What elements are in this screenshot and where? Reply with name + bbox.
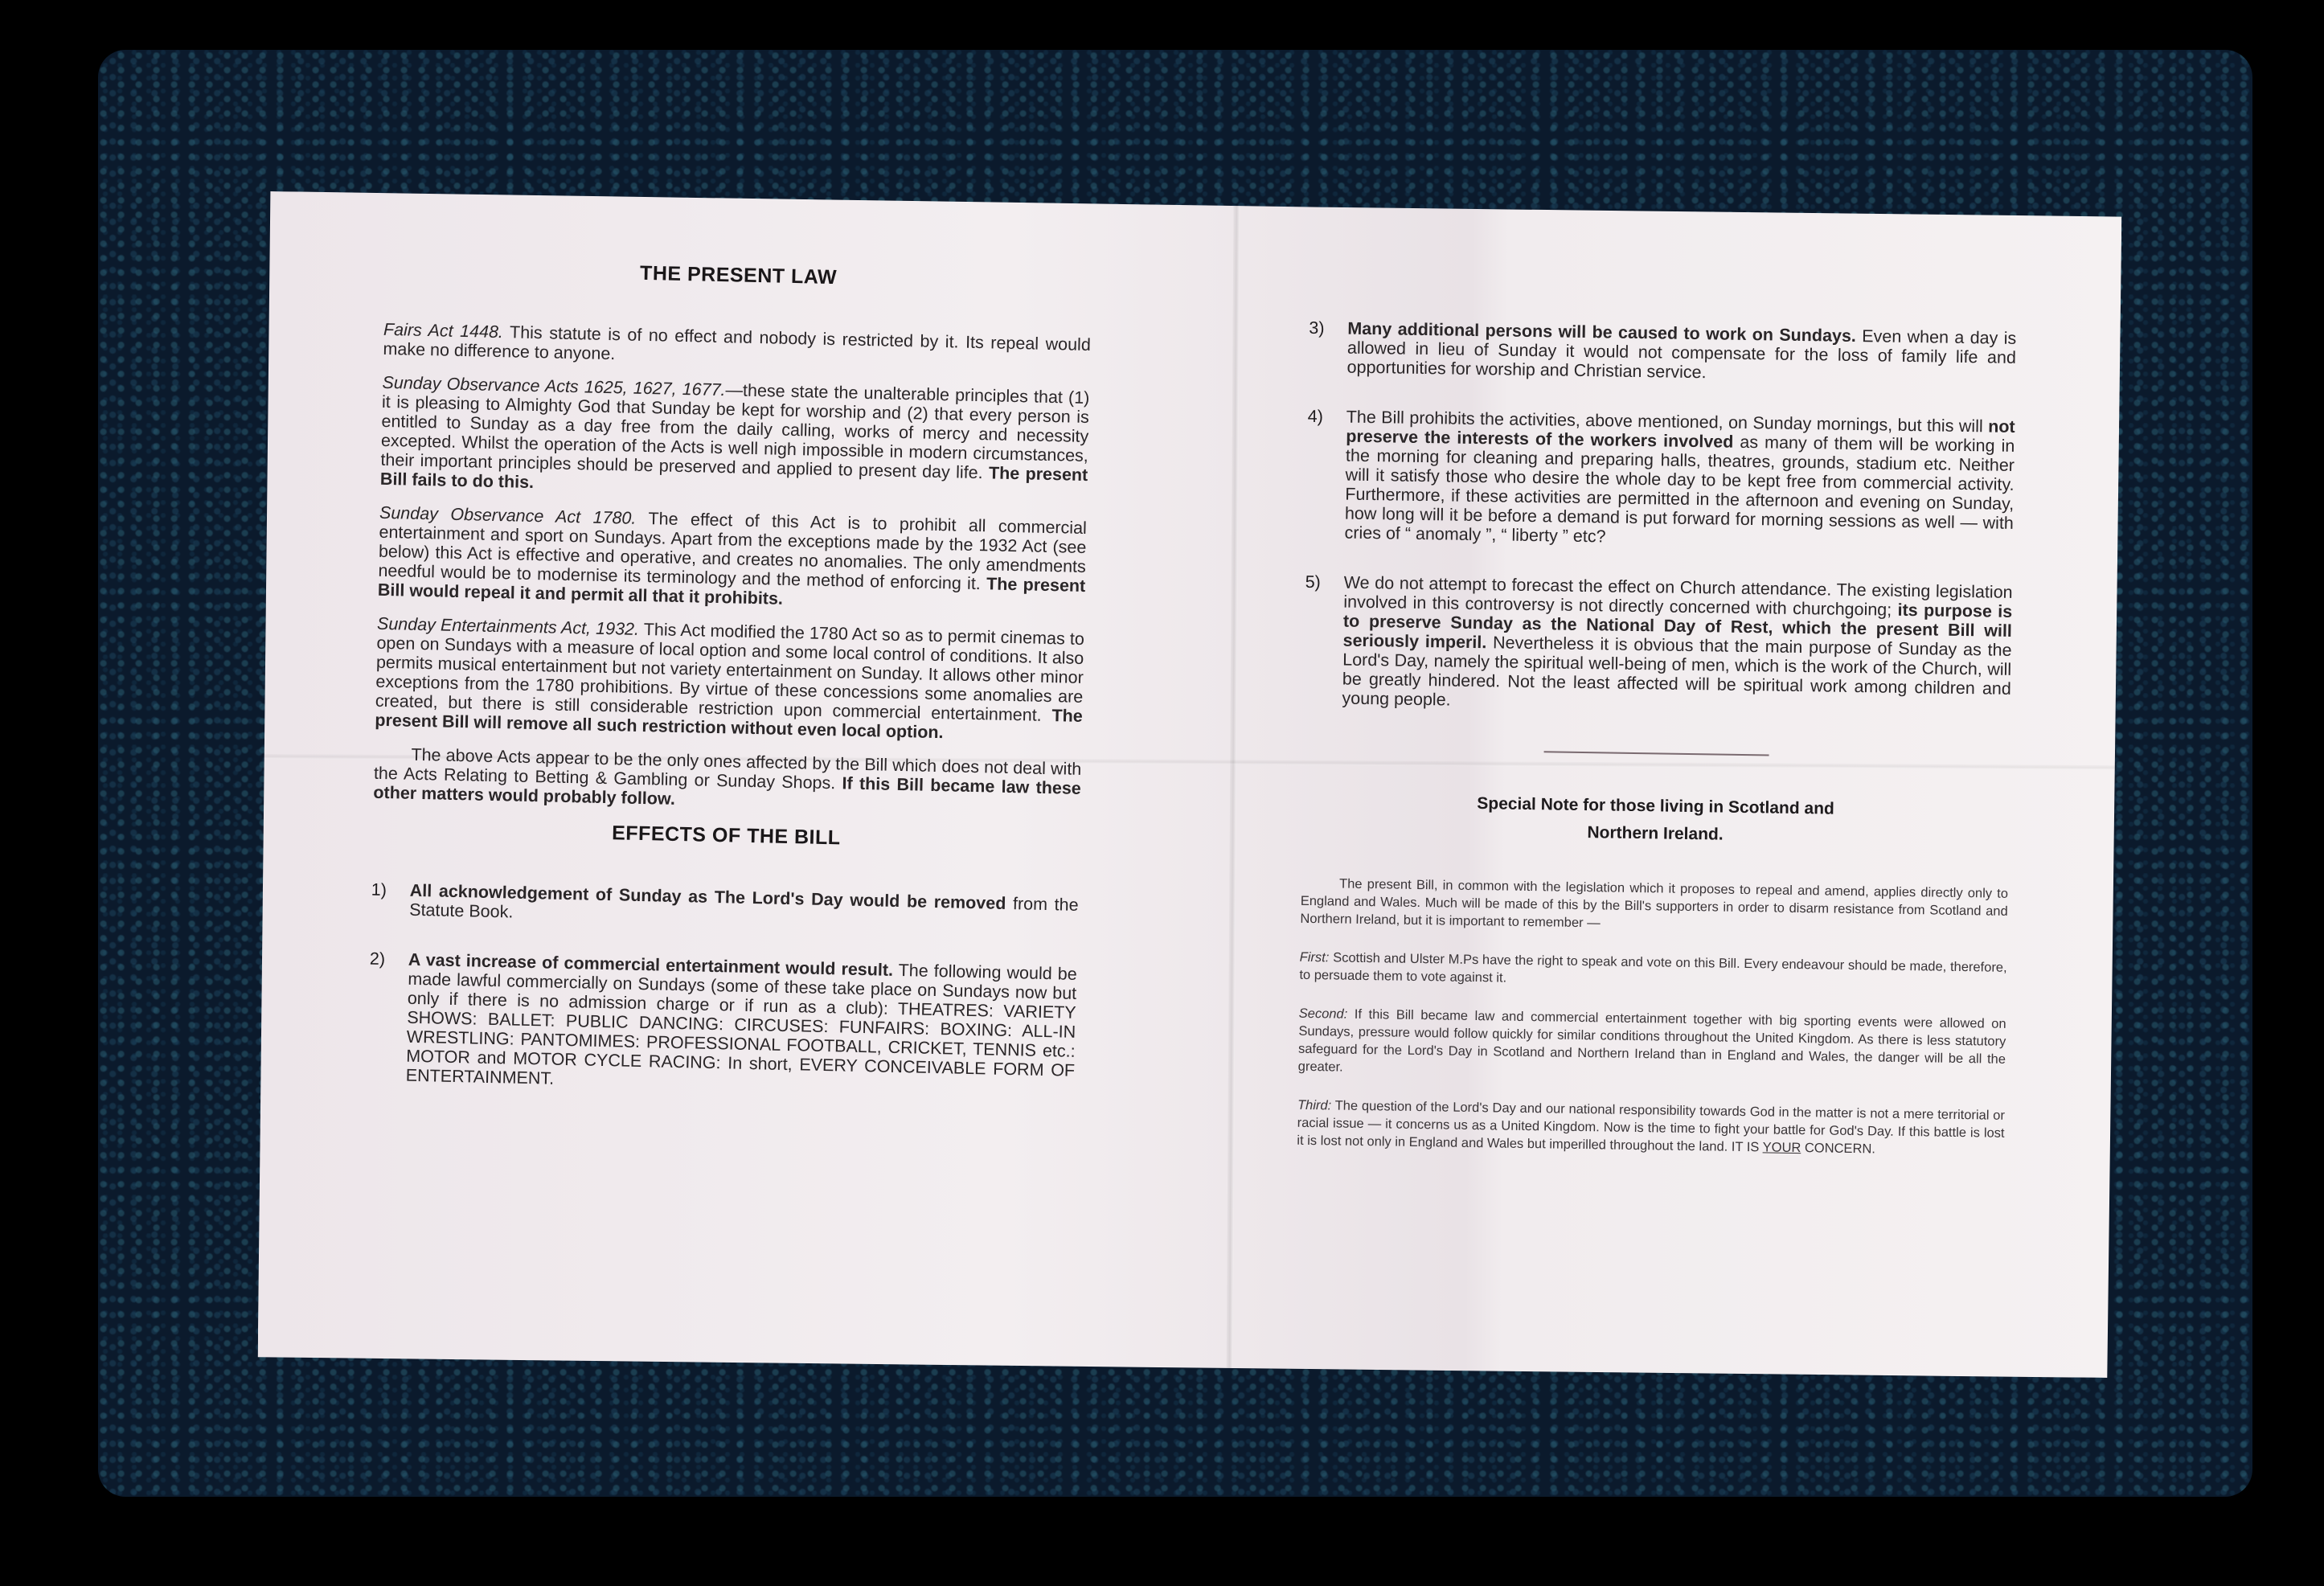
closing-paragraph: The above Acts appear to be the only one… — [373, 744, 1081, 818]
vertical-fold — [1227, 197, 1240, 1372]
entertainments-act-1932-paragraph: Sunday Entertainments Act, 1932. This Ac… — [375, 614, 1084, 745]
effect-item-5: 5) We do not attempt to forecast the eff… — [1303, 572, 2012, 718]
leaflet: THE PRESENT LAW Fairs Act 1448. This sta… — [258, 191, 2122, 1378]
special-note-third: Third: The question of the Lord's Day an… — [1297, 1096, 2005, 1160]
special-note-heading: Special Note for those living in Scotlan… — [1301, 788, 2010, 853]
section-divider — [1544, 751, 1769, 756]
left-page: THE PRESENT LAW Fairs Act 1448. This sta… — [367, 256, 1092, 1130]
observance-act-1780-paragraph: Sunday Observance Act 1780. The effect o… — [378, 503, 1087, 615]
observance-acts-1625-paragraph: Sunday Observance Acts 1625, 1627, 1677.… — [380, 373, 1090, 504]
special-note-body: The present Bill, in common with the leg… — [1297, 875, 2008, 1160]
special-note-intro: The present Bill, in common with the leg… — [1300, 875, 2008, 938]
effect-item-1: 1) All acknowledgement of Sunday as The … — [371, 880, 1079, 934]
effect-item-2: 2) A vast increase of commercial enterta… — [367, 949, 1077, 1100]
present-law-heading: THE PRESENT LAW — [384, 256, 1092, 295]
effect-item-4: 4) The Bill prohibits the activities, ab… — [1305, 407, 2015, 552]
fairs-act-paragraph: Fairs Act 1448. This statute is of no ef… — [383, 320, 1091, 374]
effects-heading: EFFECTS OF THE BILL — [372, 817, 1080, 855]
effect-item-3: 3) Many additional persons will be cause… — [1308, 318, 2016, 387]
special-note-first: First: Scottish and Ulster M.Ps have the… — [1299, 949, 2007, 994]
right-page: 3) Many additional persons will be cause… — [1297, 318, 2017, 1181]
special-note-second: Second: If this Bill became law and comm… — [1298, 1005, 2006, 1086]
